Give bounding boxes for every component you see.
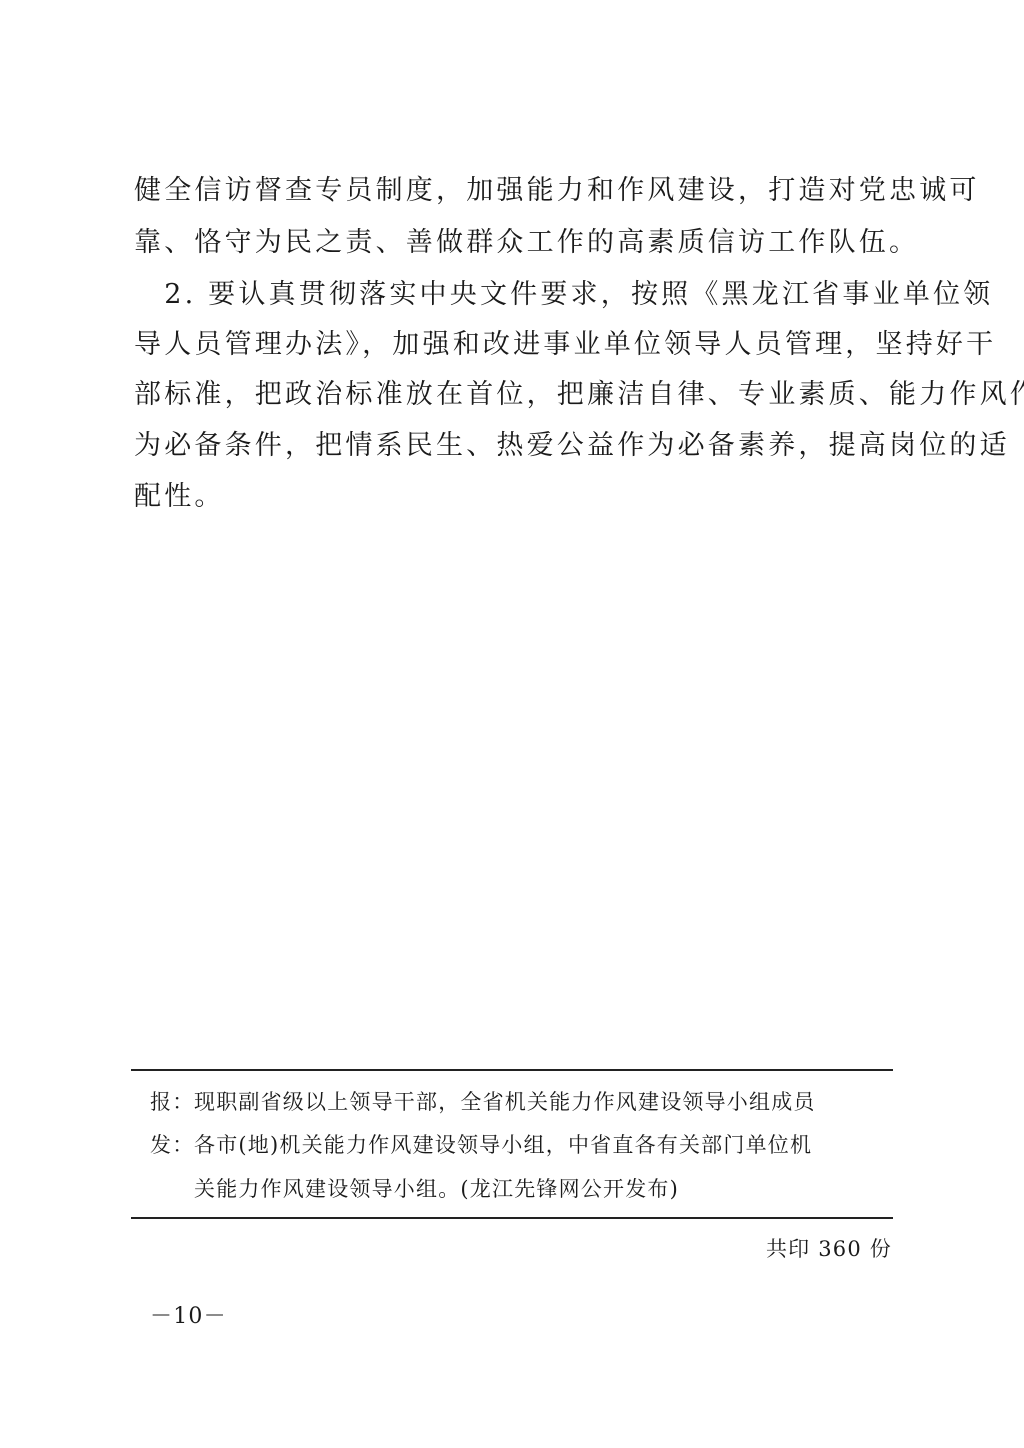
body-line-2: 靠、恪守为民之责、善做群众工作的高素质信访工作队伍。: [134, 228, 894, 258]
top-divider: [131, 1069, 893, 1071]
page-number: －10－: [150, 1304, 227, 1330]
report-label: 报：: [150, 1089, 194, 1115]
body-line-6: 为必备条件，把情系民生、热爱公益作为必备素养，提高岗位的适: [134, 431, 894, 461]
send-label: 发：: [150, 1132, 194, 1158]
body-line-7: 配性。: [134, 482, 894, 512]
bottom-divider: [131, 1217, 893, 1219]
body-line-5: 部标准，把政治标准放在首位，把廉洁自律、专业素质、能力作风作: [134, 380, 894, 410]
send-recipients-line-2: 关能力作风建设领导小组。(龙江先锋网公开发布): [194, 1176, 679, 1202]
print-count: 共印 360 份: [766, 1236, 892, 1262]
report-recipients: 现职副省级以上领导干部，全省机关能力作风建设领导小组成员: [194, 1089, 816, 1115]
body-line-4: 导人员管理办法》，加强和改进事业单位领导人员管理，坚持好干: [134, 330, 894, 360]
send-recipients-line-1: 各市(地)机关能力作风建设领导小组，中省直各有关部门单位机: [194, 1132, 812, 1158]
body-line-1: 健全信访督查专员制度，加强能力和作风建设，打造对党忠诚可: [134, 176, 894, 206]
body-line-3: 2. 要认真贯彻落实中央文件要求，按照《黑龙江省事业单位领: [134, 280, 894, 310]
